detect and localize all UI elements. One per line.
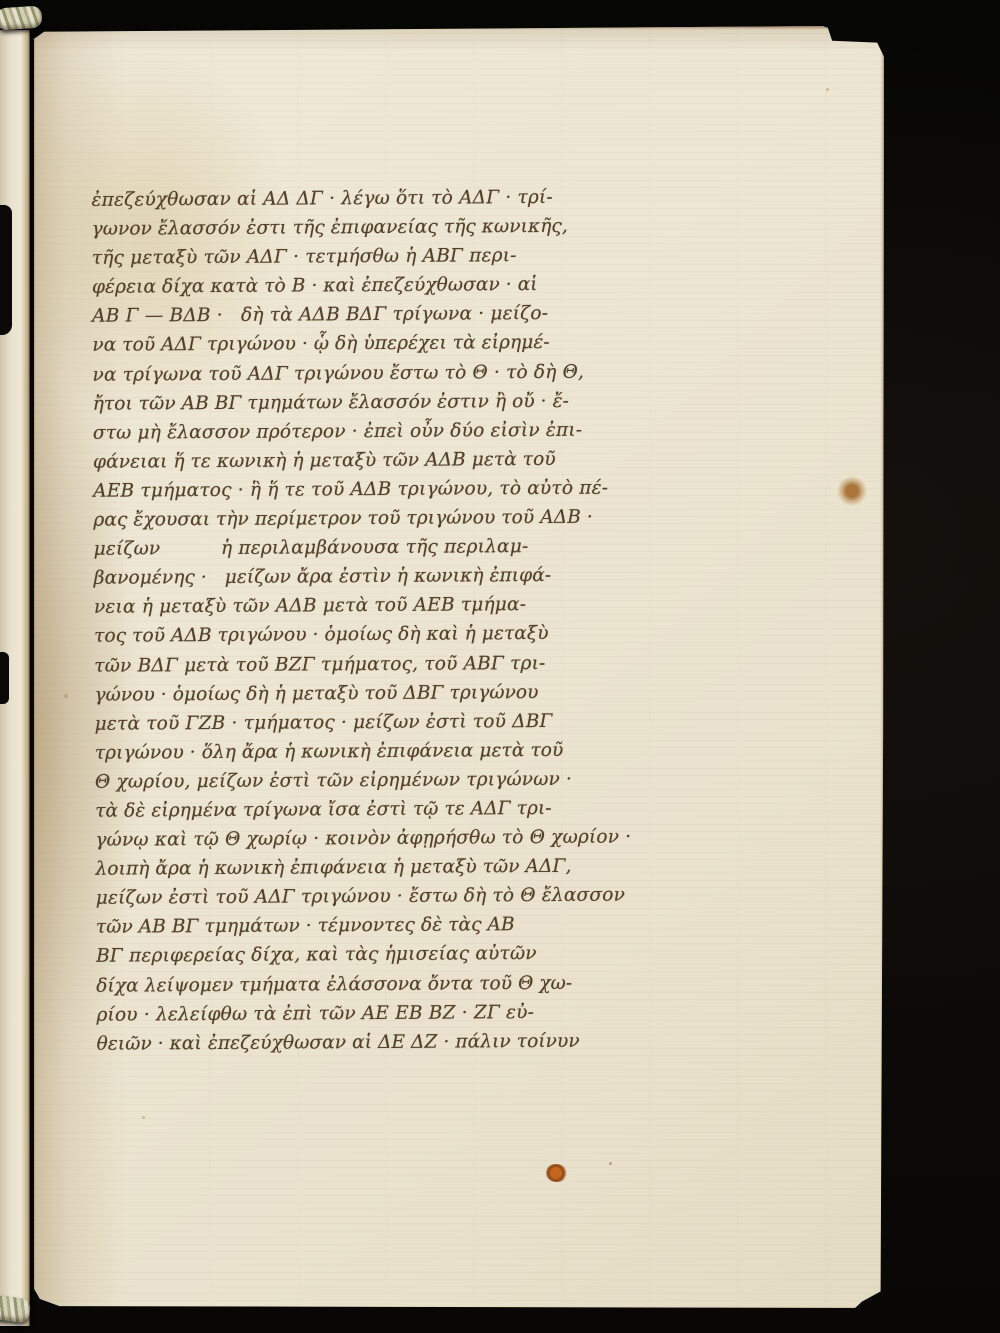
manuscript-line: τῶν ΑΒ ΒΓ τμημάτων · τέμνοντες δὲ τὰς ΑΒ	[96, 910, 668, 943]
manuscript-line: δίχα λείψομεν τμήματα ἐλάσσονα ὄντα τοῦ …	[96, 968, 668, 1001]
manuscript-line: να τρίγωνα τοῦ ΑΔΓ τριγώνου ἔστω τὸ Θ · …	[92, 357, 664, 390]
manuscript-line: ἐπεζεύχθωσαν αἱ ΑΔ ΔΓ · λέγω ὅτι τὸ ΑΔΓ …	[91, 182, 663, 215]
manuscript-line: φέρεια δίχα κατὰ τὸ Β · καὶ ἐπεζεύχθωσαν…	[92, 270, 664, 303]
manuscript-line: γωνον ἔλασσόν ἐστι τῆς ἐπιφανείας τῆς κω…	[92, 211, 664, 244]
manuscript-line: λοιπὴ ἄρα ἡ κωνικὴ ἐπιφάνεια ἡ μεταξὺ τῶ…	[95, 851, 667, 884]
foxing-speck	[826, 88, 829, 91]
manuscript-line: ἤτοι τῶν ΑΒ ΒΓ τμημάτων ἔλασσόν ἐστιν ἢ …	[93, 386, 665, 419]
endband-top	[0, 5, 43, 30]
foxing-speck	[609, 1162, 612, 1165]
manuscript-line: θειῶν · καὶ ἐπεζεύχθωσαν αἱ ΔΕ ΔΖ · πάλι…	[96, 1026, 668, 1059]
manuscript-line: γώνου · ὁμοίως δὴ ἡ μεταξὺ τοῦ ΔΒΓ τριγώ…	[94, 677, 666, 710]
wax-stain-bottom	[546, 1164, 568, 1182]
manuscript-line: τριγώνου · ὅλη ἄρα ἡ κωνικὴ ἐπιφάνεια με…	[95, 735, 667, 768]
manuscript-line: ρίου · λελείφθω τὰ ἐπὶ τῶν ΑΕ ΕΒ ΒΖ · ΖΓ…	[96, 997, 668, 1030]
ink-stain-right-margin	[837, 476, 867, 506]
foxing-speck	[142, 1116, 145, 1119]
manuscript-line: μετὰ τοῦ ΓΖΒ · τμήματος · μείζων ἐστὶ το…	[95, 706, 667, 739]
manuscript-line: Θ χωρίου, μείζων ἐστὶ τῶν εἰρημένων τριγ…	[95, 764, 667, 797]
manuscript-page: ἐπεζεύχθωσαν αἱ ΑΔ ΔΓ · λέγω ὅτι τὸ ΑΔΓ …	[34, 26, 884, 1308]
manuscript-line: τῆς μεταξὺ τῶν ΑΔΓ · τετμήσθω ἡ ΑΒΓ περι…	[92, 240, 664, 273]
manuscript-line: τος τοῦ ΑΔΒ τριγώνου · ὁμοίως δὴ καὶ ἡ μ…	[94, 619, 666, 652]
fore-edge-leaf	[0, 30, 30, 1326]
manuscript-line: στω μὴ ἔλασσον πρότερον · ἐπεὶ οὖν δύο ε…	[93, 415, 665, 448]
foxing-speck	[64, 694, 68, 698]
manuscript-line: τὰ δὲ εἰρημένα τρίγωνα ἴσα ἐστὶ τῷ τε ΑΔ…	[95, 793, 667, 826]
manuscript-line: βανομένης · μείζων ἄρα ἐστὶν ἡ κωνικὴ ἐπ…	[94, 560, 666, 593]
text-block: ἐπεζεύχθωσαν αἱ ΑΔ ΔΓ · λέγω ὅτι τὸ ΑΔΓ …	[91, 182, 668, 1058]
manuscript-line: να τοῦ ΑΔΓ τριγώνου · ᾧ δὴ ὑπερέχει τὰ ε…	[92, 328, 664, 361]
leaf-gap-notch	[0, 652, 9, 704]
manuscript-line: φάνειαι ἥ τε κωνικὴ ἡ μεταξὺ τῶν ΑΔΒ μετ…	[93, 444, 665, 477]
manuscript-line: τῶν ΒΔΓ μετὰ τοῦ ΒΖΓ τμήματος, τοῦ ΑΒΓ τ…	[94, 648, 666, 681]
manuscript-line: νεια ἡ μεταξὺ τῶν ΑΔΒ μετὰ τοῦ ΑΕΒ τμήμα…	[94, 590, 666, 623]
manuscript-line: ΑΕΒ τμήματος · ἣ ἥ τε τοῦ ΑΔΒ τριγώνου, …	[93, 473, 665, 506]
leaf-gap-notch	[0, 205, 12, 335]
manuscript-line: μείζων ἡ περιλαμβάνουσα τῆς περιλαμ-	[93, 531, 665, 564]
manuscript-line: ΒΓ περιφερείας δίχα, καὶ τὰς ἡμισείας αὐ…	[96, 939, 668, 972]
manuscript-line: ΑΒ Γ — ΒΔΒ · δὴ τὰ ΑΔΒ ΒΔΓ τρίγωνα · μεί…	[92, 299, 664, 332]
manuscript-line: γώνῳ καὶ τῷ Θ χωρίῳ · κοινὸν ἀφῃρήσθω τὸ…	[95, 822, 667, 855]
manuscript-line: ρας ἔχουσαι τὴν περίμετρον τοῦ τριγώνου …	[93, 502, 665, 535]
manuscript-line: μείζων ἐστὶ τοῦ ΑΔΓ τριγώνου · ἔστω δὴ τ…	[96, 880, 668, 913]
